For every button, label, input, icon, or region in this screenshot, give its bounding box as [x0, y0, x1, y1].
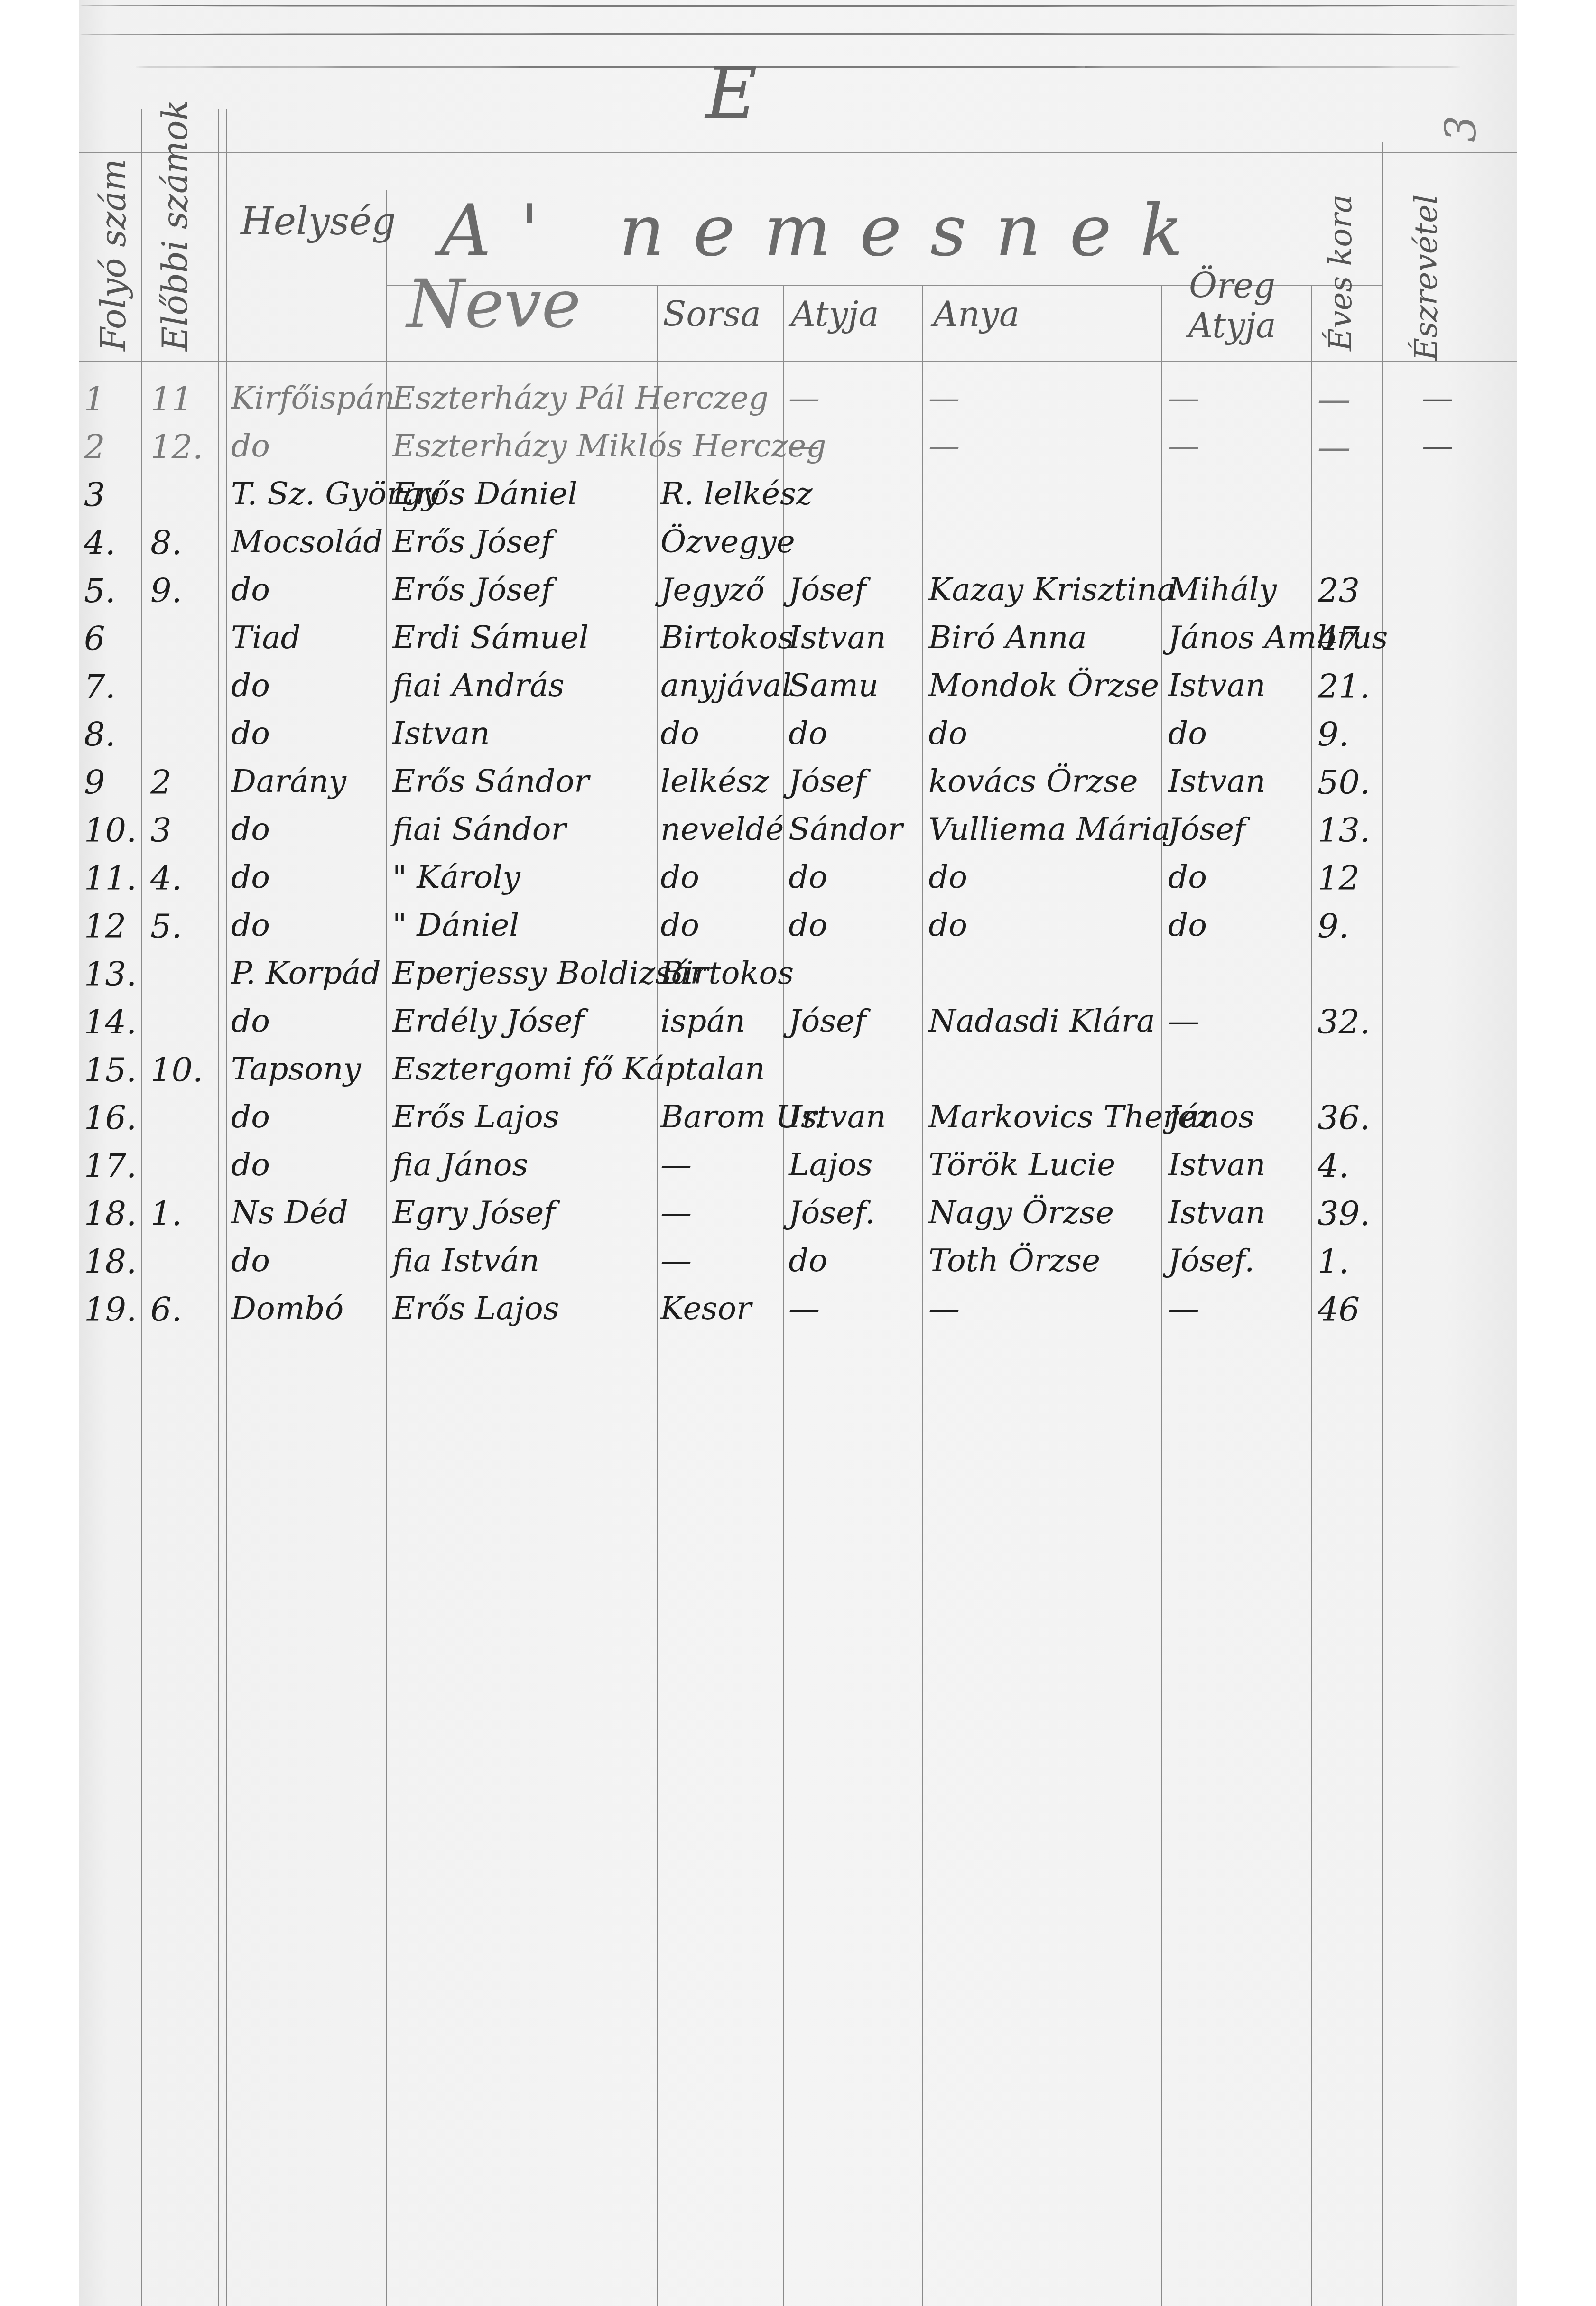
page-letter-mark: E — [705, 52, 758, 135]
name-cell: Eperjessy Boldizsár — [392, 955, 705, 991]
ledger-page: E 3 Folyó szám Előbbi számok Helység A' … — [79, 0, 1517, 2306]
grandfather-cell: Mihály — [1168, 571, 1277, 608]
mother-cell: — — [928, 380, 960, 416]
mother-cell: Kazay Krisztina — [928, 571, 1176, 608]
column-rule — [657, 285, 658, 2306]
age-cell: 36. — [1318, 1098, 1370, 1137]
column-rule — [226, 109, 227, 2306]
grandfather-cell: — — [1168, 1290, 1199, 1327]
name-cell: Istvan — [392, 715, 490, 752]
grandfather-cell: — — [1168, 1003, 1199, 1039]
age-cell: 46 — [1318, 1290, 1360, 1329]
grandfather-cell: do — [1168, 715, 1207, 752]
mother-cell: Biró Anna — [928, 619, 1087, 656]
previous-cell: 11 — [150, 380, 193, 418]
father-cell: — — [789, 380, 820, 416]
serial-cell: 4. — [84, 523, 116, 562]
header-top-rule — [79, 152, 1517, 153]
status-cell: ispán — [660, 1003, 745, 1039]
name-cell: Erős Sándor — [392, 763, 589, 800]
grandfather-cell: Istvan — [1168, 763, 1266, 800]
column-rule — [218, 109, 219, 2306]
place-cell: do — [231, 428, 270, 464]
header-father: Atyja — [791, 294, 879, 334]
serial-cell: 11. — [84, 859, 137, 898]
column-rule — [1382, 142, 1383, 2306]
grandfather-cell: Jósef. — [1168, 1242, 1254, 1279]
header-remarks: Észrevétel — [1408, 195, 1444, 361]
mother-cell: Nadasdi Klára — [928, 1003, 1155, 1039]
place-cell: Tapsony — [231, 1051, 361, 1087]
name-cell: fia János — [392, 1146, 528, 1183]
status-cell: Birtokos — [660, 619, 794, 656]
paper-fold — [79, 33, 1517, 35]
father-cell: Lajos — [789, 1146, 872, 1183]
serial-cell: 19. — [84, 1290, 137, 1329]
name-cell: Esztergomi fő Káptalan — [392, 1051, 765, 1087]
status-cell: do — [660, 907, 699, 943]
place-cell: Ns Déd — [231, 1194, 348, 1231]
father-cell: Istvan — [789, 1098, 886, 1135]
header-grandfather: Öreg Atyja — [1170, 266, 1294, 345]
grandfather-cell: János — [1168, 1098, 1254, 1135]
name-cell: Erdi Sámuel — [392, 619, 589, 656]
place-cell: do — [231, 1242, 270, 1279]
age-cell: 12 — [1318, 859, 1360, 898]
status-cell: Birtokos — [660, 955, 794, 991]
previous-cell: 6. — [150, 1290, 182, 1329]
grandfather-cell: do — [1168, 907, 1207, 943]
age-cell: — — [1318, 428, 1351, 466]
mother-cell: Mondok Örzse — [928, 667, 1159, 704]
previous-cell: 4. — [150, 859, 182, 898]
column-rule — [1311, 285, 1312, 2306]
status-cell: lelkész — [660, 763, 769, 800]
column-rule — [922, 285, 923, 2306]
previous-cell: 9. — [150, 571, 182, 610]
serial-cell: 3 — [84, 475, 105, 514]
header-bottom-rule — [79, 361, 1517, 362]
remarks-cell: — — [1422, 380, 1453, 416]
serial-cell: 6 — [84, 619, 105, 658]
column-rule — [783, 285, 784, 2306]
grandfather-cell: Jósef — [1168, 811, 1246, 847]
serial-cell: 2 — [84, 428, 105, 466]
status-cell: — — [660, 1242, 692, 1279]
header-previous: Előbbi számok — [155, 100, 195, 351]
age-cell: — — [1318, 380, 1351, 418]
age-cell: 32. — [1318, 1003, 1370, 1041]
previous-cell: 5. — [150, 907, 182, 946]
grandfather-cell: Istvan — [1168, 1146, 1266, 1183]
age-cell: 9. — [1318, 907, 1349, 946]
serial-cell: 13. — [84, 955, 137, 994]
status-cell: Özvegye — [660, 523, 795, 560]
status-cell: Kesor — [660, 1290, 752, 1327]
serial-cell: 7. — [84, 667, 116, 706]
serial-cell: 9 — [84, 763, 105, 802]
header-group-title: A' nemesnek — [440, 190, 1212, 272]
status-cell: neveldé — [660, 811, 784, 847]
place-cell: do — [231, 1003, 270, 1039]
corner-mark: 3 — [1436, 115, 1486, 142]
grandfather-cell: — — [1168, 428, 1199, 464]
serial-cell: 18. — [84, 1242, 137, 1281]
father-cell: — — [789, 1290, 820, 1327]
serial-cell: 16. — [84, 1098, 137, 1137]
age-cell: 47 — [1318, 619, 1360, 658]
name-cell: Erős Jósef — [392, 523, 553, 560]
name-cell: Erős Jósef — [392, 571, 553, 608]
father-cell: do — [789, 1242, 827, 1279]
place-cell: Dombó — [231, 1290, 343, 1327]
mother-cell: Török Lucie — [928, 1146, 1115, 1183]
name-cell: Eszterházy Pál Herczeg — [392, 380, 769, 416]
place-cell: do — [231, 571, 270, 608]
header-serial: Folyó szám — [93, 159, 133, 351]
mother-cell: — — [928, 1290, 960, 1327]
header-place: Helység — [241, 199, 396, 243]
father-cell: do — [789, 859, 827, 895]
paper-fold — [79, 66, 1517, 68]
age-cell: 23 — [1318, 571, 1360, 610]
age-cell: 9. — [1318, 715, 1349, 754]
serial-cell: 15. — [84, 1051, 137, 1089]
grandfather-cell: Istvan — [1168, 667, 1266, 704]
name-cell: Egry Jósef — [392, 1194, 556, 1231]
father-cell: Sándor — [789, 811, 903, 847]
father-cell: Istvan — [789, 619, 886, 656]
father-cell: Jósef — [789, 763, 866, 800]
age-cell: 1. — [1318, 1242, 1349, 1281]
place-cell: do — [231, 859, 270, 895]
place-cell: Tiad — [231, 619, 301, 656]
serial-cell: 1 — [84, 380, 105, 418]
mother-cell: do — [928, 907, 967, 943]
grandfather-cell: Istvan — [1168, 1194, 1266, 1231]
mother-cell: Vulliema Mária — [928, 811, 1170, 847]
mother-cell: — — [928, 428, 960, 464]
place-cell: do — [231, 667, 270, 704]
previous-cell: 10. — [150, 1051, 203, 1089]
previous-cell: 1. — [150, 1194, 182, 1233]
age-cell: 21. — [1318, 667, 1370, 706]
name-cell: Erős Lajos — [392, 1098, 559, 1135]
header-mother: Anya — [933, 294, 1020, 334]
serial-cell: 17. — [84, 1146, 137, 1185]
father-cell: Jósef. — [789, 1194, 875, 1231]
name-cell: fiai András — [392, 667, 565, 704]
serial-cell: 18. — [84, 1194, 137, 1233]
grandfather-cell: do — [1168, 859, 1207, 895]
mother-cell: do — [928, 859, 967, 895]
status-cell: Jegyző — [660, 571, 765, 608]
header-status: Sorsa — [663, 294, 761, 334]
name-cell: " Károly — [392, 859, 520, 895]
mother-cell: do — [928, 715, 967, 752]
place-cell: do — [231, 1098, 270, 1135]
status-cell: do — [660, 715, 699, 752]
father-cell: Jósef — [789, 1003, 866, 1039]
name-cell: " Dániel — [392, 907, 519, 943]
serial-cell: 10. — [84, 811, 137, 850]
name-cell: Erős Dániel — [392, 475, 577, 512]
serial-cell: 8. — [84, 715, 116, 754]
previous-cell: 12. — [150, 428, 203, 466]
name-cell: Eszterházy Miklós Herczeg — [392, 428, 826, 464]
remarks-cell: — — [1422, 428, 1453, 464]
father-cell: do — [789, 715, 827, 752]
father-cell: — — [789, 428, 820, 464]
header-age: Éves kora — [1322, 195, 1359, 351]
father-cell: do — [789, 907, 827, 943]
age-cell: 4. — [1318, 1146, 1349, 1185]
status-cell: anyjával — [660, 667, 792, 704]
age-cell: 39. — [1318, 1194, 1370, 1233]
grandfather-cell: — — [1168, 380, 1199, 416]
name-cell: fia István — [392, 1242, 539, 1279]
previous-cell: 8. — [150, 523, 182, 562]
place-cell: do — [231, 1146, 270, 1183]
place-cell: do — [231, 907, 270, 943]
serial-cell: 5. — [84, 571, 116, 610]
place-cell: do — [231, 811, 270, 847]
status-cell: — — [660, 1194, 692, 1231]
place-cell: Darány — [231, 763, 346, 800]
status-cell: do — [660, 859, 699, 895]
mother-cell: Toth Örzse — [928, 1242, 1100, 1279]
father-cell: Jósef — [789, 571, 866, 608]
place-cell: Mocsolád — [231, 523, 383, 560]
paper-fold — [79, 5, 1517, 7]
place-cell: Kirfőispán — [231, 380, 395, 416]
status-cell: — — [660, 1146, 692, 1183]
age-cell: 13. — [1318, 811, 1370, 850]
mother-cell: kovács Örzse — [928, 763, 1138, 800]
name-cell: Erős Lajos — [392, 1290, 559, 1327]
place-cell: P. Korpád — [231, 955, 381, 991]
status-cell: R. lelkész — [660, 475, 813, 512]
header-name: Neve — [407, 266, 581, 343]
previous-cell: 3 — [150, 811, 172, 850]
mother-cell: Nagy Örzse — [928, 1194, 1114, 1231]
place-cell: do — [231, 715, 270, 752]
name-cell: Erdély Jósef — [392, 1003, 584, 1039]
column-rule — [141, 109, 142, 2306]
previous-cell: 2 — [150, 763, 172, 802]
name-cell: fiai Sándor — [392, 811, 566, 847]
father-cell: Samu — [789, 667, 879, 704]
age-cell: 50. — [1318, 763, 1370, 802]
serial-cell: 14. — [84, 1003, 137, 1041]
serial-cell: 12 — [84, 907, 126, 946]
